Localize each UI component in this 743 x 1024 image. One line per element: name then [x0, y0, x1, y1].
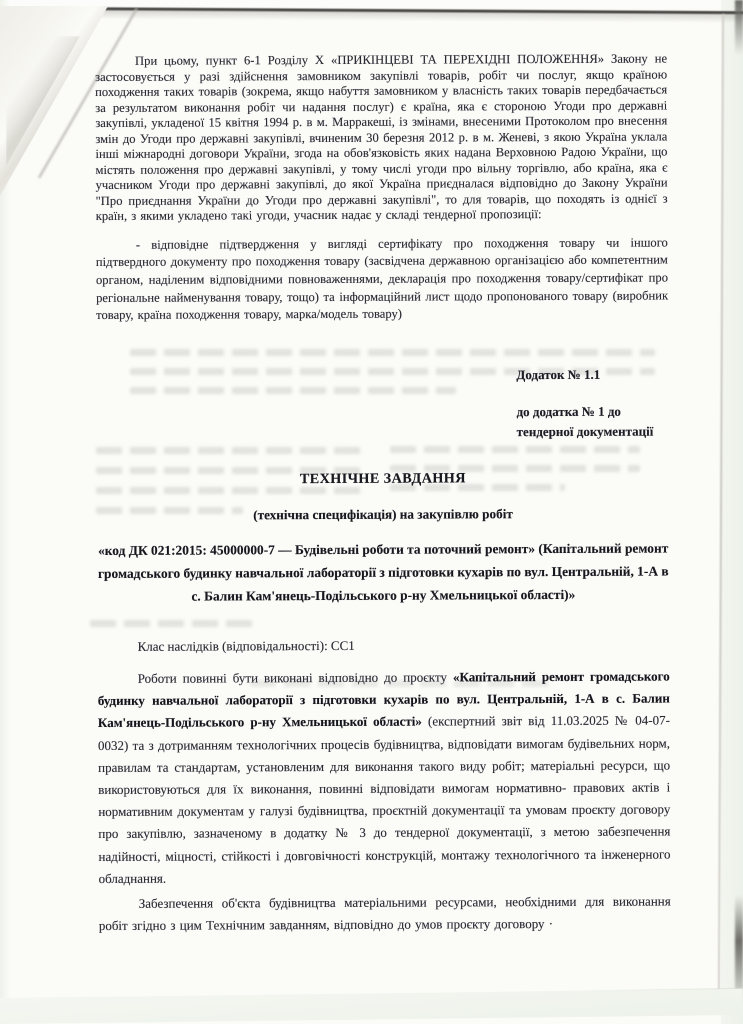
works-suffix: (експертний звіт від 11.03.2025 № 04-07-…: [98, 713, 671, 886]
annex-number: Додаток № 1.1: [516, 367, 668, 384]
document-body: При цьому, пункт 6-1 Розділу X «ПРИКІНЦЕ…: [95, 52, 671, 938]
certificate-bullet-paragraph: - відповідне підтвердження у вигляді сер…: [96, 234, 668, 325]
works-requirements-paragraph: Роботи повинні бути виконані відповідно …: [98, 666, 671, 891]
procurement-subject: «код ДК 021:2015: 45000000-7 — Будівельн…: [97, 537, 669, 608]
annex-reference-block: Додаток № 1.1 до додатка № 1 до тендерно…: [516, 367, 668, 442]
intro-paragraph: При цьому, пункт 6-1 Розділу X «ПРИКІНЦЕ…: [95, 52, 668, 225]
scan-dark-strip-top-right: [735, 0, 743, 55]
document-title: ТЕХНІЧНЕ ЗАВДАННЯ: [97, 470, 669, 489]
annex-parent-reference: до додатка № 1 до тендерної документації: [517, 402, 669, 442]
consequence-class-line: Клас наслідків (відповідальності): СС1: [98, 637, 670, 655]
scanned-document-page: При цьому, пункт 6-1 Розділу X «ПРИКІНЦЕ…: [0, 0, 743, 1024]
scanner-bottom-band: [0, 989, 743, 1024]
scanner-right-band: [721, 0, 743, 1024]
final-paragraph: Забезпечення об'єкта будівництва матеріа…: [99, 891, 671, 938]
document-subtitle: (технічна специфікація) на закупівлю роб…: [97, 506, 669, 524]
works-prefix: Роботи повинні бути виконані відповідно …: [138, 669, 453, 685]
